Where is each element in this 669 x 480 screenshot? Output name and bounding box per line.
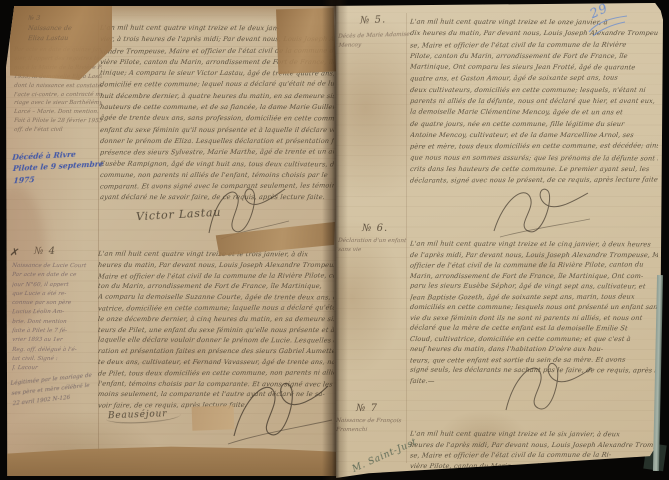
folio-underline-swash [585,12,631,38]
handwriting-line: te deux ans, cultivateur, et Fernand Vav… [98,357,334,368]
handwriting-line: Pilote, canton du Marin, arrondissement … [410,51,658,62]
handwriting-line: dont la naissance est constatée dans [14,81,102,90]
entry4-legitimation-note: Légitimée par le mariage deses père et m… [10,370,105,409]
handwriting-line: Par acte en date de ce [12,271,100,280]
handwriting-line: deux cultivateurs, domiciliés en cette c… [410,85,658,96]
handwriting-line: Jean Baptiste Gozeth, âgé de soixante se… [410,291,658,303]
handwriting-line: Eliza Lastau [28,33,106,43]
book-gutter-shadow [322,0,348,480]
handwriting-line: Mencoy [338,40,411,52]
handwriting-line: vrier 1893 au 1er [12,336,100,346]
handwriting-line: le onze décembre dernier, à cinq heures … [98,314,334,325]
handwriting-line: sans vie [338,246,410,255]
handwriting-line: présence des sieurs Sylvestre, Marie Mar… [100,147,334,159]
handwriting-line: Marin, arrondissement de Fort de France,… [410,271,658,282]
handwriting-line: vie du sexe féminin dont ils ne sont ni … [410,313,658,324]
tape-patch-bottom-band [6,446,336,476]
handwriting-line: crits dans les hauteurs de cette commune… [410,164,658,175]
handwriting-line: se, Maire et officier de l'état civil de… [410,450,658,462]
margin-rule-right [406,13,407,463]
entry7-text: L'an mil huit cent quatre vingt treize e… [410,429,658,471]
handwriting-line: Cloud, cultivatrice, domiciliée en cette… [410,334,658,345]
handwriting-line: vière Pilote, canton du Marin, arrondiss… [410,461,658,472]
entry5-margin-note: Décès de Marie AdamiseMencoy [338,30,411,51]
handwriting-line: laquelle elle déclare vouloir donner le … [98,335,334,347]
handwriting-line: Déclaration d'un enfant [338,237,410,246]
handwriting-line: domiciliés en cette commune; lesquels no… [410,302,658,313]
handwriting-line: la demoiselle Marie Clémentine Mencoy, â… [410,107,658,119]
handwriting-line: heures du matin, Par devant nous, Louis … [98,260,334,271]
handwriting-line: de l'après midi, Par devant nous, Louis … [410,250,658,261]
handwriting-line: officier de l'état civil de la commune d… [410,259,658,271]
handwriting-line: âgée de trente deux ans, sans profession… [100,113,334,125]
signature-flourish [224,376,336,448]
entry3-margin-header: № 3Naissance deEliza Lastau [28,13,106,43]
handwriting-line: enfant du sexe féminin qu'il nous présen… [100,125,334,136]
entry5-number: № 5. [360,15,387,27]
handwriting-line: ton du Marin, arrondissement de Fort de … [98,281,334,292]
handwriting-line: riage avec le sieur Barthélémy [14,99,102,108]
entry6-margin-note: Déclaration d'un enfantsans vie [338,237,410,255]
handwriting-line: brie. Dont mention [12,318,100,327]
handwriting-line: Naissance de [28,23,106,33]
handwriting-line: Antoine Mencoy, cultivateur, et de la da… [410,130,658,141]
entry4-witness-signature: Beauséjour [106,409,182,425]
handwriting-line: donner le prénom de Eliza. Lesquelles dé… [100,136,334,147]
handwriting-line: Eusèbe Rampignon, âgé de vingt huit ans,… [100,158,334,170]
handwriting-line: de quatre jours, née en cette commune, f… [410,119,658,130]
entry7-margin-signature: M. Saint-Just [351,437,419,475]
signature-flourish [496,358,596,420]
handwriting-line: domicilié en cette commune; lequel nous … [100,79,334,91]
handwriting-line: Reg. off. délégué à l'é- [12,346,100,355]
handwriting-line: père et mère, tous deux domiciliés en ce… [410,141,658,153]
handwriting-line: déclaré que la mère de cette enfant est … [410,323,658,334]
handwriting-line: neuf heures du matin, dans l'habitation … [410,344,658,355]
handwriting-line: vatrice, domiciliée en cette commune; la… [98,302,334,314]
handwriting-line: commune, non parents ni alliés de l'enfa… [100,170,334,181]
handwriting-line: que Lucie a été re- [12,290,100,299]
handwriting-line: huit décembre dernier, à quatre heures d… [100,91,334,102]
handwriting-line: L'an mil huit cent quatre vingt treize e… [98,249,334,260]
handwriting-line: quatre ans, et Gaston Amour, âgé de soix… [410,73,658,85]
handwriting-line: off. de l'état civil [14,126,102,135]
handwriting-line: parents ni alliés de la défunte, nous on… [410,96,658,107]
handwriting-line: paru les sieurs Eusèbe Séphor, âgé de vi… [410,281,658,292]
entry3-death-mention-blue-note: Décédé à RivrePilote le 9 septembre1975 [12,147,110,186]
handwriting-line: ration et présentation faites en présenc… [98,346,334,357]
handwriting-line: tat civil. Signé : [12,355,100,364]
handwriting-line: Fait à Pilote le 28 février 1953 à 4h [14,117,102,126]
register-scan: № 3Naissance deEliza Lastau Par acte en … [0,0,669,480]
handwriting-line: se, Maire et officier de l'état civil de… [410,39,658,51]
handwriting-line: jour N°60, il appert [12,280,100,290]
entry7-number: № 7 [356,403,378,414]
entry4-margin-note: Naissance de Lucie CourtPar acte en date… [12,262,100,374]
entry6-number: № 6. [362,223,388,234]
handwriting-line: № 3 [28,13,106,23]
handwriting-line: hauteurs de cette commune, et de sa fian… [100,102,334,113]
handwriting-line: heures de l'après midi, Par devant nous,… [410,440,658,451]
right-page: № 5. Décès de Marie AdamiseMencoy L'an m… [336,3,663,478]
signature-flourish [486,185,596,241]
tape-patch [192,405,235,430]
handwriting-line: Lucius Léolin Am- [12,308,100,318]
handwriting-line: que nous nous en sommes assurés; que les… [410,152,658,164]
handwriting-line: L'an mil huit cent quatre vingt treize e… [410,429,658,440]
left-page: № 3Naissance deEliza Lastau Par acte en … [6,6,336,476]
entry5-text: L'an mil huit cent quatre vingt treize e… [410,17,658,186]
